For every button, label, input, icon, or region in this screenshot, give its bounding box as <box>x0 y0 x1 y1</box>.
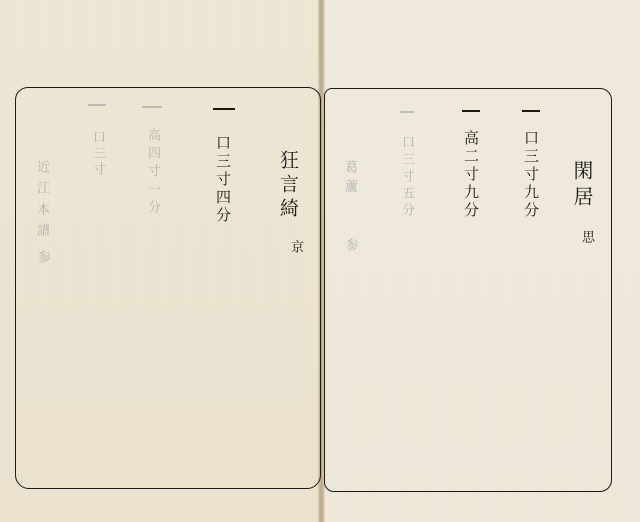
right-bleed-side-text: 葛蘆 <box>343 160 356 198</box>
left-page-heading-note: 京 <box>289 240 302 255</box>
right-entry-2-text: 高二寸九分 <box>463 130 478 220</box>
left-page-frame <box>15 87 321 489</box>
left-bleed-col3-note: 参 <box>36 250 49 265</box>
book-spread: 閑居 思 口三寸九分 高二寸九分 口三寸五分 葛蘆 参 狂言綺 京 口三寸四分 … <box>0 0 640 522</box>
left-bleed-col1-marker <box>142 106 162 108</box>
left-bleed-col3-text: 近江本譜 <box>35 160 48 244</box>
left-bleed-col2-text: 口三寸 <box>91 130 104 178</box>
left-bleed-col1-text: 高四寸一分 <box>146 128 159 218</box>
right-page-heading: 閑居 <box>572 160 592 212</box>
left-entry-1-marker <box>213 108 235 110</box>
right-bleed-marker <box>400 111 414 113</box>
right-entry-1-text: 口三寸九分 <box>523 130 538 220</box>
right-entry-2-marker <box>462 110 480 112</box>
left-bleed-col2-marker <box>88 104 106 106</box>
right-bleed-side-note: 参 <box>344 238 357 253</box>
right-entry-1-marker <box>522 110 540 112</box>
right-bleed-text: 口三寸五分 <box>400 135 413 220</box>
left-entry-1-text: 口三寸四分 <box>215 135 230 225</box>
left-page-heading: 狂言綺 <box>278 150 297 222</box>
right-page-heading-note: 思 <box>580 230 593 245</box>
